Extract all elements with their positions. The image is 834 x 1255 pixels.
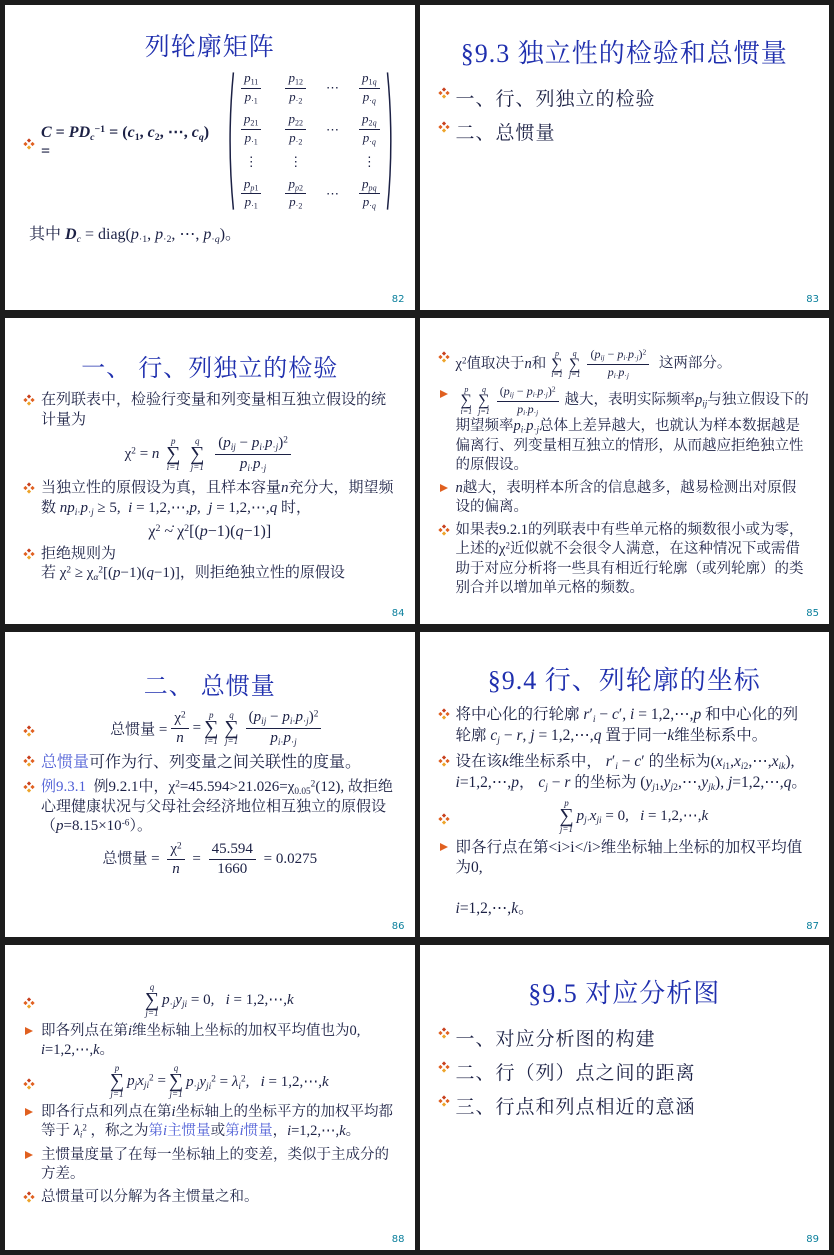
fraction: (pij − pi·p·j)2pi·p·j xyxy=(497,385,559,418)
summation-symbol: q∑j=1 xyxy=(478,386,490,416)
fraction: (pij − pi·p·j)2pi·p·j xyxy=(215,435,291,475)
slide-83: §9.3 独立性的检验和总惯量 一、行、列独立的检验 二、总惯量 83 xyxy=(420,5,830,310)
fraction: (pij − pi·p·j)2pi·p·j xyxy=(246,709,322,749)
diamond-bullet-icon xyxy=(23,482,34,493)
summation-symbol: q∑j=1 xyxy=(224,711,238,746)
summation-symbol: q∑j=1 xyxy=(190,437,204,472)
distribution-formula: χ2 ~̇ χ2[(p−1)(q−1)] xyxy=(25,523,395,541)
bullet-item: 主惯量度量了在每一坐标轴上的变差，类似于主成分的方差。 xyxy=(25,1146,395,1184)
diamond-bullet-icon xyxy=(438,1095,449,1106)
bullet-item: 拒绝规则为 若 χ2 ≥ χα2[(p−1)(q−1)]，则拒绝独立性的原假设 xyxy=(25,545,395,585)
diamond-bullet-icon xyxy=(23,725,34,736)
matrix-cell: p1qp·q xyxy=(359,71,380,105)
toc-item: 二、总惯量 xyxy=(440,118,810,145)
matrix-cell: pp2p·2 xyxy=(285,177,306,211)
bullet-text: 拒绝规则为 若 χ2 ≥ χα2[(p−1)(q−1)]，则拒绝独立性的原假设 xyxy=(41,545,395,585)
bullet-text: 总惯量可作为行、列变量之间关联性的度量。 xyxy=(41,752,395,773)
diamond-bullet-icon xyxy=(23,395,34,406)
toc-item: 三、行点和列点相近的意涵 xyxy=(440,1092,810,1119)
bullet-text: 即各行点和列点在第i坐标轴上的坐标平方的加权平均都等于 λi2 ，称之为第i主惯… xyxy=(41,1103,395,1142)
matrix-lead: C = PDc−1 = (c1, c2, ⋯, cq) = xyxy=(41,122,220,161)
fraction: χ2n xyxy=(167,841,184,879)
cdots: ⋯ xyxy=(326,122,339,138)
arrow-bullet-icon xyxy=(25,1108,33,1116)
slide-86: 二、 总惯量 总惯量 = χ2n = p∑i=1 q∑j=1 (pij − pi… xyxy=(5,632,415,937)
diamond-bullet-icon xyxy=(23,138,34,149)
vdots: ⋮ xyxy=(289,154,302,170)
fraction: 45.5941660 xyxy=(209,841,256,879)
toc-item: 一、对应分析图的构建 xyxy=(440,1024,810,1051)
matrix-cell: p22p·2 xyxy=(285,112,306,146)
section-title: §9.4 行、列轮廓的坐标 xyxy=(440,660,810,697)
arrow-bullet-icon xyxy=(25,1151,33,1159)
page-number: 88 xyxy=(392,1234,405,1245)
toc-item-label: 二、总惯量 xyxy=(456,118,810,145)
diamond-bullet-icon xyxy=(438,1061,449,1072)
bullet-item: 总惯量可以分解为各主惯量之和。 xyxy=(25,1188,395,1207)
diamond-bullet-icon xyxy=(23,1078,34,1089)
page-number: 83 xyxy=(806,294,819,305)
summation-symbol: q∑j=1 xyxy=(145,983,159,1018)
bullet-text: 例9.3.1 例9.2.1中，χ2=45.594>21.026=χ0.052(1… xyxy=(41,778,395,838)
cdots: ⋯ xyxy=(326,186,339,202)
slide-title: 一、 行、列独立的检验 xyxy=(25,348,395,383)
diamond-bullet-icon xyxy=(23,997,34,1008)
vdots: ⋮ xyxy=(245,154,258,170)
arrow-bullet-icon xyxy=(440,390,448,398)
diamond-bullet-icon xyxy=(23,781,34,792)
bullet-text: 如果表9.2.1的列联表中有些单元格的频数很小或为零，上述的χ2近似就不会很令人… xyxy=(456,521,810,598)
bullet-item: n越大，表明样本所含的信息越多，越易检测出对原假设的偏离。 xyxy=(440,479,810,517)
bullet-item: p∑i=1q∑j=1(pij − pi·p·j)2pi·p·j越大，表明实际频率… xyxy=(440,385,810,475)
bullet-item: 即各列点在第i维坐标轴上坐标的加权平均值也为0, i=1,2,⋯,k。 xyxy=(25,1022,395,1060)
slide-84: 一、 行、列独立的检验 在列联表中，检验行变量和列变量相互独立假设的统计量为 χ… xyxy=(5,318,415,623)
total-inertia-value-formula: 总惯量 = χ2n = 45.5941660 = 0.0275 xyxy=(25,841,395,879)
column-points-formula: q∑j=1 p·jyji = 0, i = 1,2,⋯,k xyxy=(25,983,395,1018)
bullet-item: 在列联表中，检验行变量和列变量相互独立假设的统计量为 xyxy=(25,391,395,431)
row-points-formula: p∑j=1 pj·xji = 0, i = 1,2,⋯,k xyxy=(440,799,810,834)
toc-item-label: 二、行（列）点之间的距离 xyxy=(456,1058,810,1085)
bullet-text: 总惯量可以分解为各主惯量之和。 xyxy=(41,1188,395,1207)
bullet-item: 例9.3.1 例9.2.1中，χ2=45.594>21.026=χ0.052(1… xyxy=(25,778,395,838)
slide-89: §9.5 对应分析图 一、对应分析图的构建 二、行（列）点之间的距离 三、行点和… xyxy=(420,945,830,1250)
diamond-bullet-icon xyxy=(438,121,449,132)
diamond-bullet-icon xyxy=(23,1191,34,1202)
matrix-cell: p12p·2 xyxy=(285,71,306,105)
slide-title: 列轮廓矩阵 xyxy=(25,27,395,63)
slide-88: q∑j=1 p·jyji = 0, i = 1,2,⋯,k 即各列点在第i维坐标… xyxy=(5,945,415,1250)
vdots: ⋮ xyxy=(363,154,376,170)
bullet-item: 当独立性的原假设为真，且样本容量n充分大，期望频数 npi·p·j ≥ 5, i… xyxy=(25,479,395,519)
bullet-text: 在列联表中，检验行变量和列变量相互独立假设的统计量为 xyxy=(41,391,395,431)
page-number: 84 xyxy=(392,608,405,619)
bullet-item: 将中心化的行轮廓 r′i − c′, i = 1,2,⋯,p 和中心化的列轮廓 … xyxy=(440,705,810,748)
toc-item-label: 一、对应分析图的构建 xyxy=(456,1024,810,1051)
toc-item: 二、行（列）点之间的距离 xyxy=(440,1058,810,1085)
diamond-bullet-icon xyxy=(23,548,34,559)
page-number: 89 xyxy=(806,1234,819,1245)
arrow-bullet-icon xyxy=(440,843,448,851)
diamond-bullet-icon xyxy=(438,87,449,98)
diamond-bullet-icon xyxy=(438,708,449,719)
page-number: 82 xyxy=(392,294,405,305)
fraction: (pij − pi·p·j)2pi·p·j xyxy=(587,348,649,381)
slide-87: §9.4 行、列轮廓的坐标 将中心化的行轮廓 r′i − c′, i = 1,2… xyxy=(420,632,830,937)
bullet-item: 如果表9.2.1的列联表中有些单元格的频数很小或为零，上述的χ2近似就不会很令人… xyxy=(440,521,810,598)
diamond-bullet-icon xyxy=(438,525,449,536)
matrix-cell: p21p·1 xyxy=(241,112,262,146)
bullet-text: 即各列点在第i维坐标轴上坐标的加权平均值也为0, i=1,2,⋯,k。 xyxy=(41,1022,395,1060)
matrix-cell: pp1p·1 xyxy=(241,177,262,211)
principal-inertia-formula: p∑j=1 pjxji2 = q∑j=1 p·jyji2 = λi2, i = … xyxy=(25,1064,395,1099)
bullet-text: 主惯量度量了在每一坐标轴上的变差，类似于主成分的方差。 xyxy=(41,1146,395,1184)
page-number: 85 xyxy=(806,608,819,619)
bullet-item: 设在该k维坐标系中， r′i − c′ 的坐标为(xi1,xi2,⋯,xik),… xyxy=(440,752,810,795)
matrix-cell: ppqp·q xyxy=(359,177,380,211)
diamond-bullet-icon xyxy=(438,1027,449,1038)
matrix-footnote: 其中 Dc = diag(p·1, p·2, ⋯, p·q)。 xyxy=(29,221,395,245)
bullet-text: 将中心化的行轮廓 r′i − c′, i = 1,2,⋯,p 和中心化的列轮廓 … xyxy=(456,705,810,748)
bullet-item: 总惯量可作为行、列变量之间关联性的度量。 xyxy=(25,752,395,773)
matrix-cell: p11p·1 xyxy=(241,71,261,105)
bullet-text: 设在该k维坐标系中， r′i − c′ 的坐标为(xi1,xi2,⋯,xik),… xyxy=(456,752,810,795)
slide-85: χ2值取决于n和p∑i=1q∑j=1(pij − pi·p·j)2pi·p·j … xyxy=(420,318,830,623)
section-title: §9.3 独立性的检验和总惯量 xyxy=(440,33,810,70)
bullet-item: χ2值取决于n和p∑i=1q∑j=1(pij − pi·p·j)2pi·p·j … xyxy=(440,348,810,381)
summation-symbol: p∑i=1 xyxy=(204,711,218,746)
bullet-text: 当独立性的原假设为真，且样本容量n充分大，期望频数 npi·p·j ≥ 5, i… xyxy=(41,479,395,519)
bullet-item: 即各行点和列点在第i坐标轴上的坐标平方的加权平均都等于 λi2 ，称之为第i主惯… xyxy=(25,1103,395,1142)
summation-symbol: p∑j=1 xyxy=(559,799,573,834)
toc-item-label: 一、行、列独立的检验 xyxy=(456,84,810,111)
diamond-bullet-icon xyxy=(438,813,449,824)
summation-symbol: p∑j=1 xyxy=(110,1064,124,1099)
page-number: 87 xyxy=(806,921,819,932)
column-profile-matrix: p11p·1 p12p·2 ⋯ p1qp·q p21p·1 p22p·2 ⋯ p… xyxy=(237,71,384,211)
bullet-text: n越大，表明样本所含的信息越多，越易检测出对原假设的偏离。 xyxy=(456,479,810,517)
fraction: χ2n xyxy=(171,710,188,748)
diamond-bullet-icon xyxy=(438,352,449,363)
summation-symbol: q∑j=1 xyxy=(169,1064,183,1099)
arrow-bullet-icon xyxy=(440,484,448,492)
matrix-cell: p2qp·q xyxy=(359,112,380,146)
toc-item-label: 三、行点和列点相近的意涵 xyxy=(456,1092,810,1119)
left-paren-icon xyxy=(226,71,235,211)
bullet-text: p∑i=1q∑j=1(pij − pi·p·j)2pi·p·j越大，表明实际频率… xyxy=(456,385,810,475)
bullet-item: 即各行点在第<i>i</i>维坐标轴上坐标的加权平均值为0, i=1,2,⋯,k… xyxy=(440,838,810,920)
diamond-bullet-icon xyxy=(23,756,34,767)
summation-symbol: q∑j=1 xyxy=(569,350,581,380)
summation-symbol: p∑i=1 xyxy=(461,386,473,416)
arrow-bullet-icon xyxy=(25,1027,33,1035)
total-inertia-formula: 总惯量 = χ2n = p∑i=1 q∑j=1 (pij − pi·p·j)2p… xyxy=(25,709,395,749)
matrix-formula: C = PDc−1 = (c1, c2, ⋯, cq) = p11p·1 p12… xyxy=(41,71,395,211)
cdots: ⋯ xyxy=(326,80,339,96)
slide-82: 列轮廓矩阵 C = PDc−1 = (c1, c2, ⋯, cq) = p11p… xyxy=(5,5,415,310)
summation-symbol: p∑i=1 xyxy=(551,350,563,380)
bullet-text: 即各行点在第<i>i</i>维坐标轴上坐标的加权平均值为0, i=1,2,⋯,k… xyxy=(456,838,810,920)
toc-item: 一、行、列独立的检验 xyxy=(440,84,810,111)
section-title: §9.5 对应分析图 xyxy=(440,973,810,1010)
page-number: 86 xyxy=(392,921,405,932)
summation-symbol: p∑i=1 xyxy=(166,437,180,472)
chi-square-formula: χ2 = n p∑i=1 q∑j=1 (pij − pi·p·j)2pi·p·j xyxy=(25,435,395,475)
handout-page: 列轮廓矩阵 C = PDc−1 = (c1, c2, ⋯, cq) = p11p… xyxy=(0,0,834,1255)
bullet-text: χ2值取决于n和p∑i=1q∑j=1(pij − pi·p·j)2pi·p·j … xyxy=(456,348,810,381)
diamond-bullet-icon xyxy=(438,755,449,766)
slide-title: 二、 总惯量 xyxy=(25,666,395,701)
right-paren-icon xyxy=(386,71,395,211)
